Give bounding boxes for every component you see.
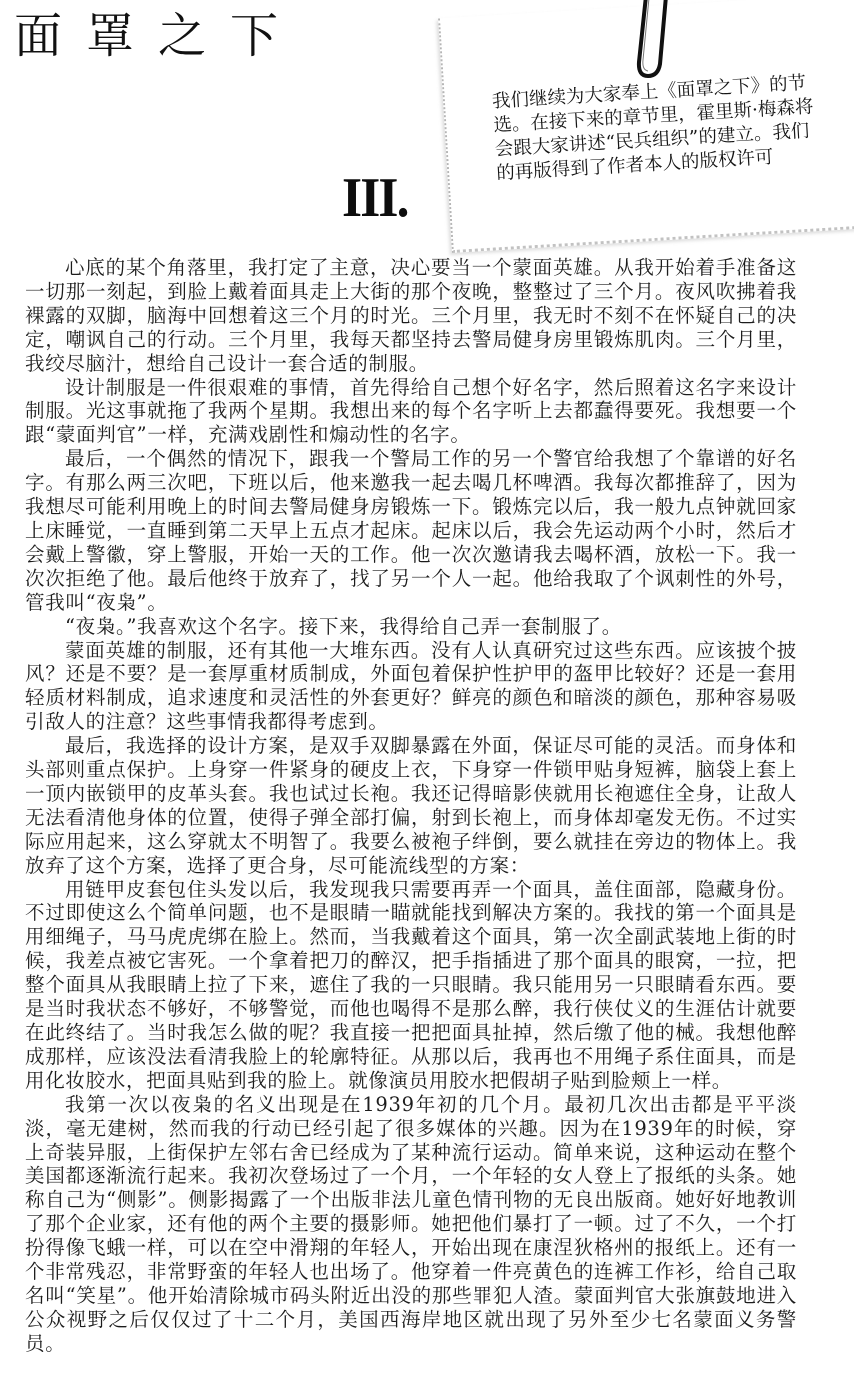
paragraph: 设计制服是一件很艰难的事情，首先得给自己想个好名字，然后照着这名字来设计制服。光…: [25, 376, 797, 448]
paragraph: 蒙面英雄的制服，还有其他一大堆东西。没有人认真研究过这些东西。应该披个披风？还是…: [25, 639, 797, 735]
paragraph: 心底的某个角落里，我打定了主意，决心要当一个蒙面英雄。从我开始着手准备这一切那一…: [25, 256, 797, 376]
paper-clip-icon: [632, 0, 672, 80]
paragraph: “夜枭。”我喜欢这个名字。接下来，我得给自己弄一套制服了。: [25, 615, 797, 639]
article-body: 心底的某个角落里，我打定了主意，决心要当一个蒙面英雄。从我开始着手准备这一切那一…: [25, 256, 797, 1356]
page-title: 面罩之下: [14, 6, 302, 66]
note-text: 我们继续为大家奉上《面罩之下》的节选。在接下来的章节里，霍里斯·梅森将会跟大家讲…: [491, 71, 826, 186]
paragraph: 最后，一个偶然的情况下，跟我一个警局工作的另一个警官给我想了个靠谱的好名字。有那…: [25, 447, 797, 614]
paragraph: 用链甲皮套包住头发以后，我发现我只需要再弄一个面具，盖住面部，隐藏身份。不过即使…: [25, 878, 797, 1093]
paragraph: 最后，我选择的设计方案，是双手双脚暴露在外面，保证尽可能的灵活。而身体和头部则重…: [25, 734, 797, 877]
paragraph: 我第一次以夜枭的名义出现是在1939年初的几个月。最初几次出击都是平平淡淡，毫无…: [25, 1093, 797, 1356]
chapter-number: III.: [342, 168, 408, 228]
